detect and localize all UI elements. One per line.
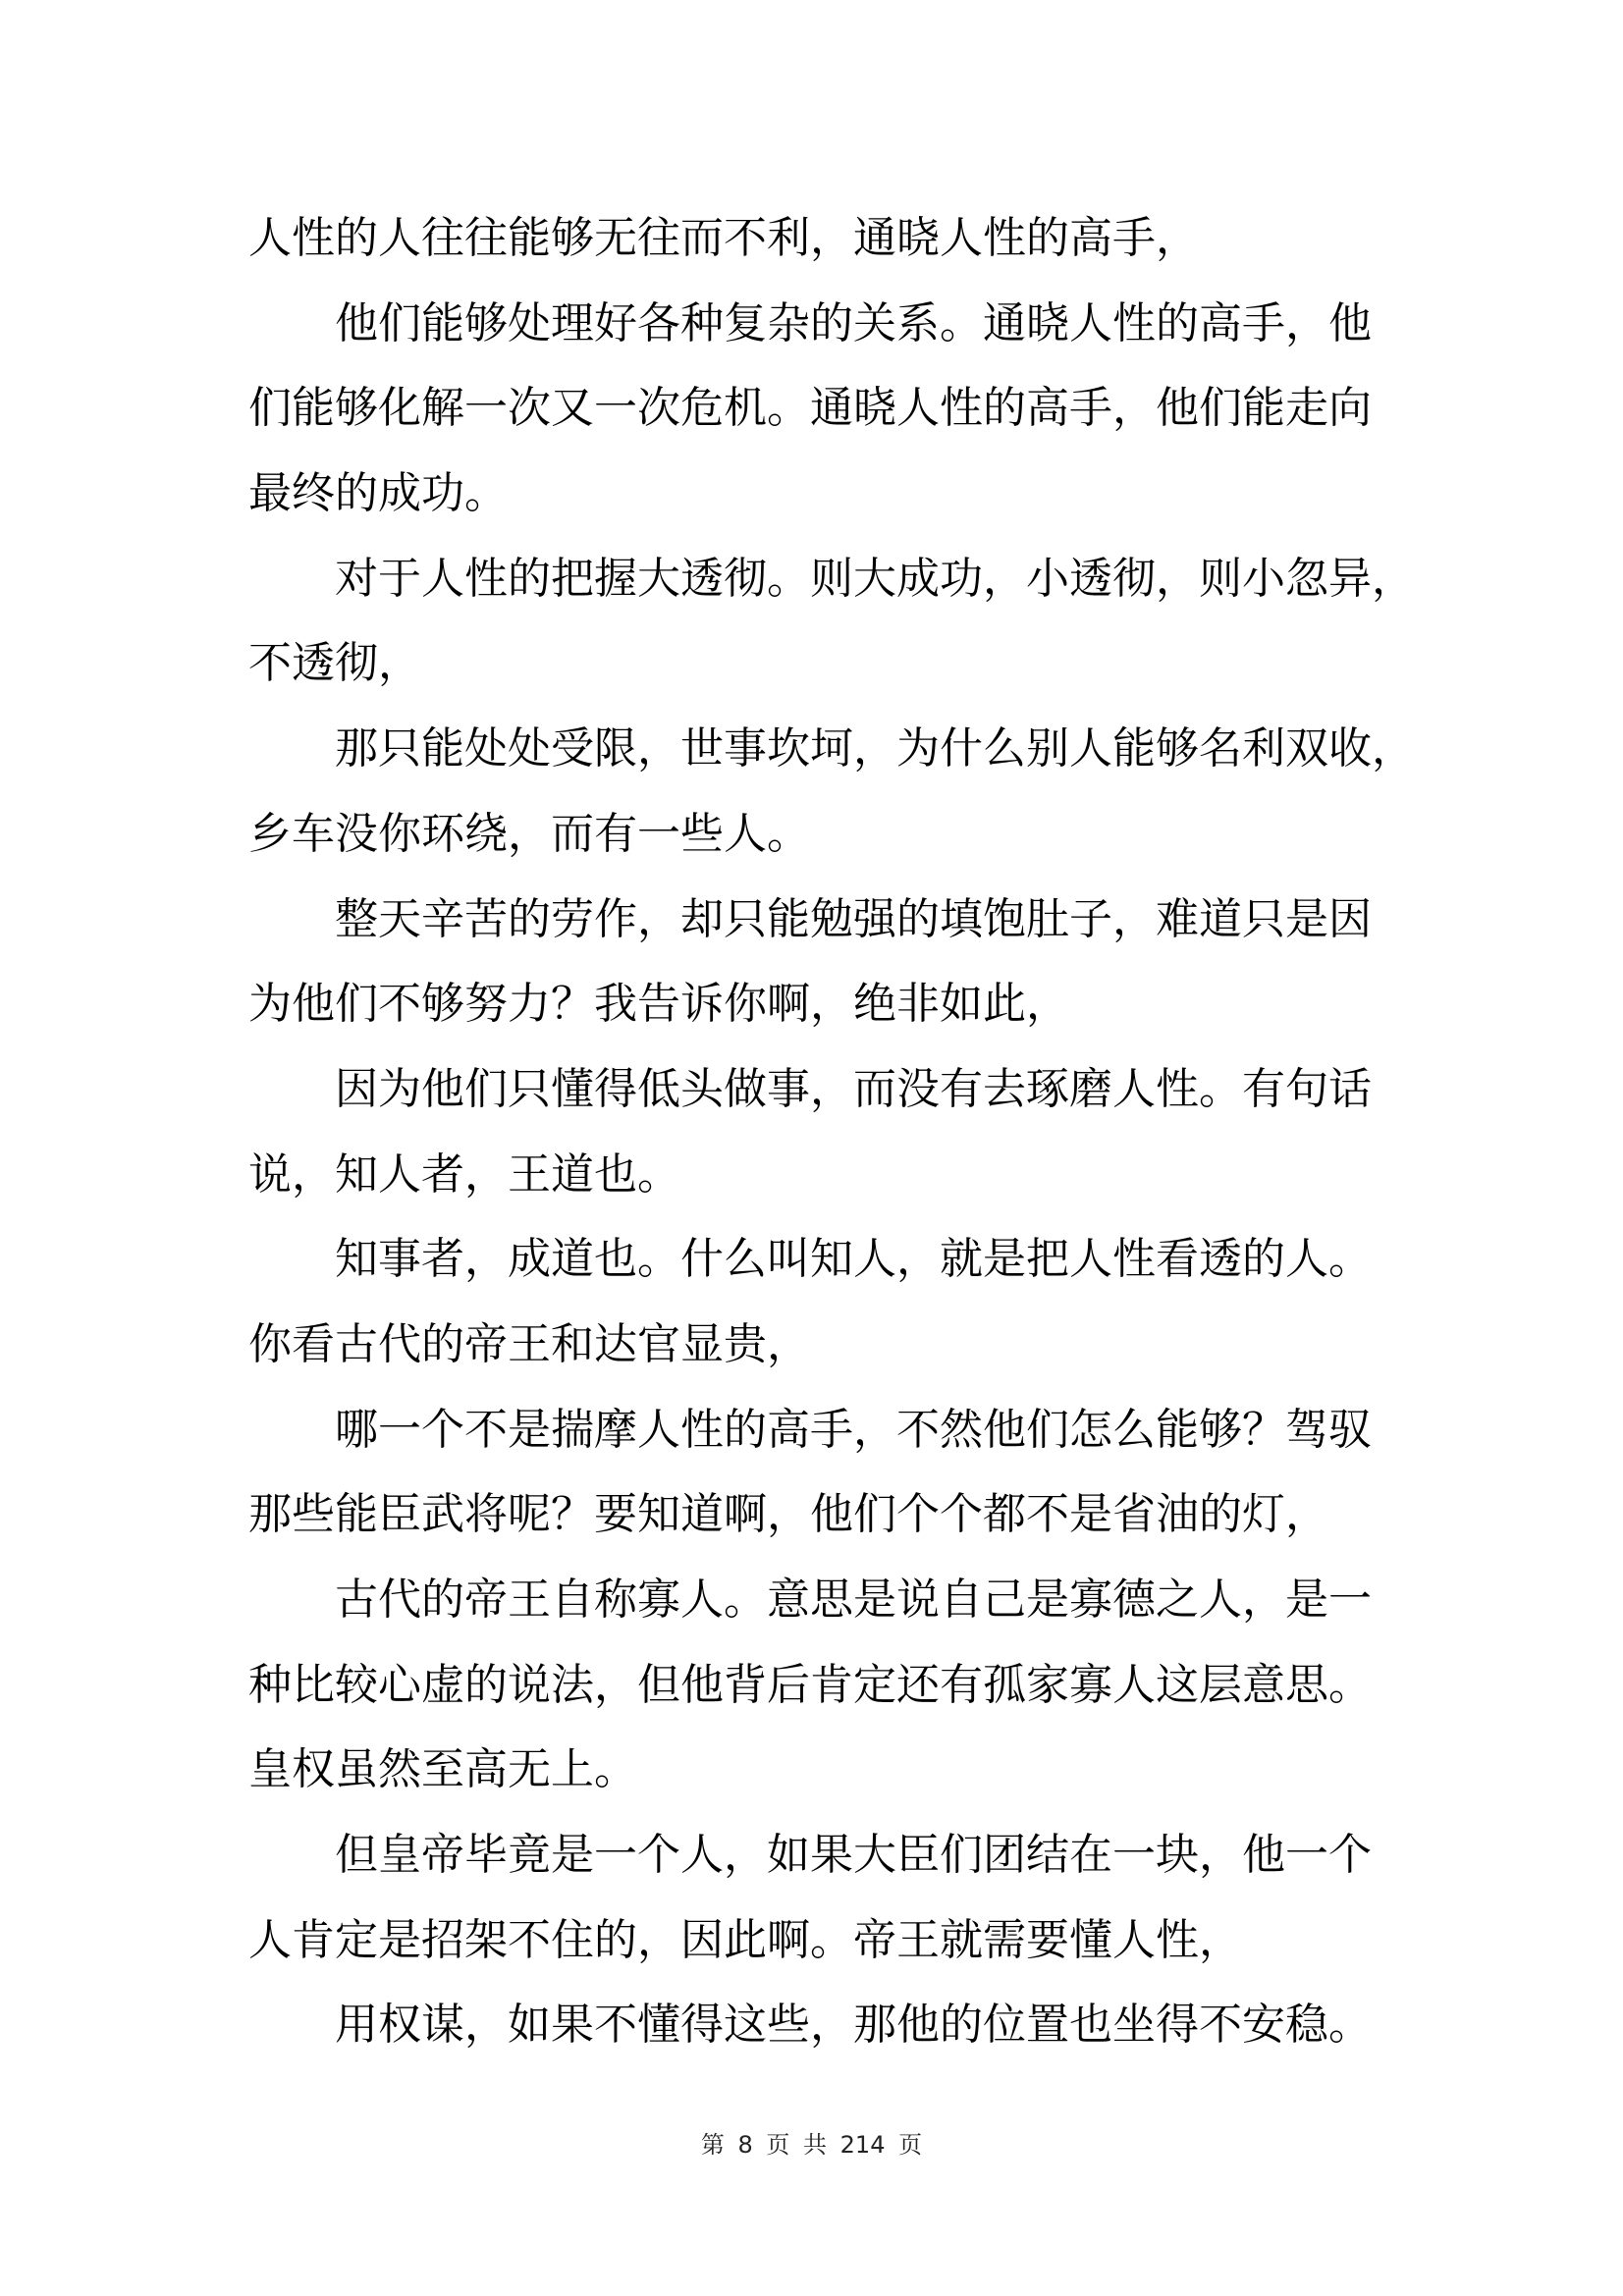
text-line: 种比较心虚的说法，但他背后肯定还有孤家寡人这层意思。	[248, 1643, 1378, 1729]
text-line: 对于人性的把握大透彻。则大成功，小透彻，则小忽异，	[248, 537, 1378, 622]
text-line: 知事者，成道也。什么叫知人，就是把人性看透的人。	[248, 1217, 1378, 1303]
text-line: 乡车没你环绕，而有一些人。	[248, 792, 1378, 878]
text-line: 你看古代的帝王和达官显贵，	[248, 1303, 1378, 1388]
text-line: 皇权虽然至高无上。	[248, 1728, 1378, 1813]
text-line: 人肯定是招架不住的，因此啊。帝王就需要懂人性，	[248, 1898, 1378, 1984]
text-line: 他们能够处理好各种复杂的关系。通晓人性的高手，他	[248, 282, 1378, 367]
text-line: 人性的人往往能够无往而不利，通晓人性的高手，	[248, 196, 1378, 282]
text-line: 为他们不够努力？我告诉你啊，绝非如此，	[248, 962, 1378, 1047]
text-line: 但皇帝毕竟是一个人，如果大臣们团结在一块，他一个	[248, 1813, 1378, 1898]
text-line: 那些能臣武将呢？要知道啊，他们个个都不是省油的灯，	[248, 1472, 1378, 1558]
text-line: 用权谋，如果不懂得这些，那他的位置也坐得不安稳。	[248, 1983, 1378, 2068]
text-line: 们能够化解一次又一次危机。通晓人性的高手，他们能走向	[248, 366, 1378, 452]
text-line: 最终的成功。	[248, 452, 1378, 537]
body-text: 人性的人往往能够无往而不利，通晓人性的高手， 他们能够处理好各种复杂的关系。通晓…	[248, 196, 1378, 2068]
text-line: 说，知人者，王道也。	[248, 1133, 1378, 1218]
page-number: 第 8 页 共 214 页	[0, 2127, 1623, 2163]
text-line: 整天辛苦的劳作，却只能勉强的填饱肚子，难道只是因	[248, 878, 1378, 963]
text-line: 不透彻，	[248, 621, 1378, 707]
document-page: 人性的人往往能够无往而不利，通晓人性的高手， 他们能够处理好各种复杂的关系。通晓…	[0, 0, 1623, 2296]
text-line: 那只能处处受限，世事坎坷，为什么别人能够名利双收，	[248, 707, 1378, 792]
text-line: 古代的帝王自称寡人。意思是说自己是寡德之人，是一	[248, 1558, 1378, 1643]
text-line: 因为他们只懂得低头做事，而没有去琢磨人性。有句话	[248, 1047, 1378, 1133]
text-line: 哪一个不是揣摩人性的高手，不然他们怎么能够？驾驭	[248, 1388, 1378, 1473]
